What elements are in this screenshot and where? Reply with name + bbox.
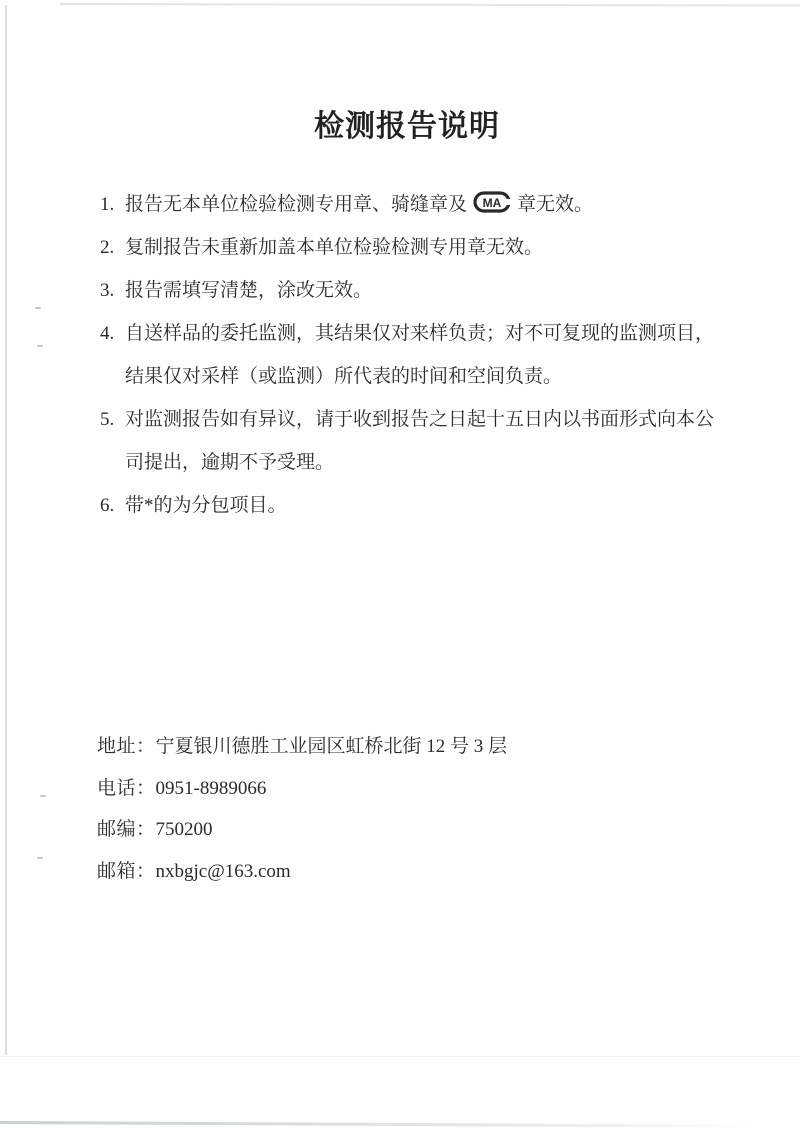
- item-number: 5.: [100, 398, 125, 441]
- item-number: 3.: [100, 269, 125, 312]
- item-text-segment: 章无效。: [517, 194, 593, 215]
- contact-line-address: 地址：宁夏银川德胜工业园区虹桥北街 12 号 3 层: [97, 726, 507, 768]
- item-number: 6.: [100, 484, 125, 527]
- item-text: 对监测报告如有异议，请于收到报告之日起十五日内以书面形式向本公司提出，逾期不予受…: [125, 398, 717, 484]
- item-text: 报告需填写清楚，涂改无效。: [125, 269, 717, 312]
- item-text: 复制报告未重新加盖本单位检验检测专用章无效。: [125, 226, 717, 269]
- contact-line-phone: 电话：0951-8989066: [97, 768, 507, 810]
- svg-text:MA: MA: [483, 196, 502, 210]
- contact-line-postcode: 邮编：750200: [97, 809, 507, 851]
- list-item: 6. 带*的为分包项目。: [100, 484, 725, 527]
- scan-speck: [37, 857, 43, 859]
- item-number: 1.: [100, 183, 125, 226]
- list-item: 3. 报告需填写清楚，涂改无效。: [100, 269, 725, 312]
- phone-value: 0951-8989066: [156, 778, 267, 799]
- list-item: 2. 复制报告未重新加盖本单位检验检测专用章无效。: [100, 226, 725, 269]
- phone-label: 电话：: [97, 778, 156, 799]
- item-number: 4.: [100, 312, 125, 355]
- postcode-label: 邮编：: [97, 819, 156, 840]
- scan-artifact-left-edge: [5, 5, 7, 1055]
- scan-artifact-top-edge: [60, 3, 800, 7]
- notes-list: 1. 报告无本单位检验检测专用章、骑缝章及MA章无效。 2. 复制报告未重新加盖…: [100, 183, 725, 527]
- list-item: 4. 自送样品的委托监测，其结果仅对来样负责；对不可复现的监测项目，结果仅对采样…: [100, 312, 725, 398]
- email-value: nxbgjc@163.com: [156, 861, 291, 882]
- item-number: 2.: [100, 226, 125, 269]
- scan-speck: [35, 307, 41, 309]
- cma-mark-icon: MA: [473, 191, 511, 213]
- address-label: 地址：: [97, 736, 156, 757]
- scan-speck: [40, 795, 46, 797]
- email-label: 邮箱：: [97, 861, 156, 882]
- item-text-segment: 报告无本单位检验检测专用章、骑缝章及: [125, 194, 467, 215]
- scanned-report-notes-page: 检测报告说明 1. 报告无本单位检验检测专用章、骑缝章及MA章无效。 2. 复制…: [0, 0, 800, 1131]
- item-text: 自送样品的委托监测，其结果仅对来样负责；对不可复现的监测项目，结果仅对采样（或监…: [125, 312, 717, 398]
- item-text: 带*的为分包项目。: [125, 484, 717, 527]
- scan-artifact-faint-line: [0, 1056, 800, 1057]
- postcode-value: 750200: [156, 819, 213, 840]
- contact-line-email: 邮箱：nxbgjc@163.com: [97, 851, 507, 893]
- item-text: 报告无本单位检验检测专用章、骑缝章及MA章无效。: [125, 183, 717, 226]
- address-value: 宁夏银川德胜工业园区虹桥北街 12 号 3 层: [156, 736, 508, 757]
- list-item: 1. 报告无本单位检验检测专用章、骑缝章及MA章无效。: [100, 183, 725, 226]
- page-title: 检测报告说明: [7, 101, 800, 145]
- scan-artifact-bottom-edge: [0, 1121, 756, 1128]
- scan-speck: [37, 345, 43, 347]
- list-item: 5. 对监测报告如有异议，请于收到报告之日起十五日内以书面形式向本公司提出，逾期…: [100, 398, 725, 484]
- contact-block: 地址：宁夏银川德胜工业园区虹桥北街 12 号 3 层 电话：0951-89890…: [97, 726, 507, 892]
